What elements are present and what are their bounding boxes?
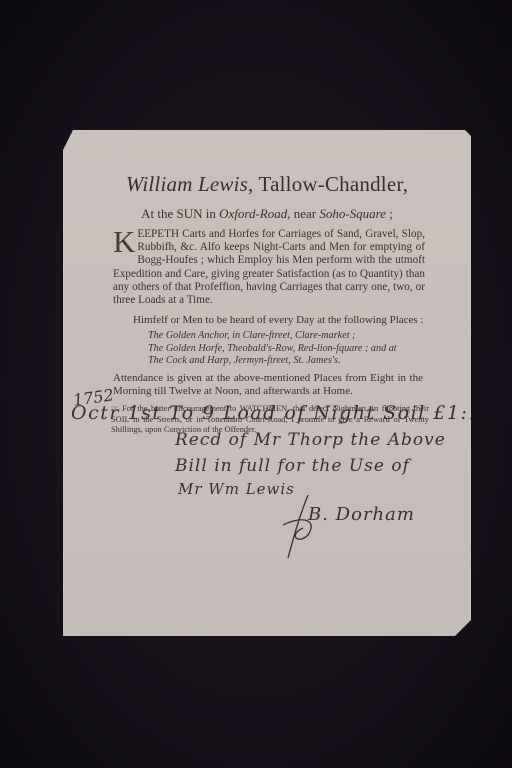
places-intro: Himfelf or Men to be heard of every Day …: [133, 314, 424, 326]
signature: B. Dorham: [308, 504, 415, 525]
subtitle-prefix: At the SUN in: [141, 206, 219, 221]
place-item: The Golden Horfe, Theobald's-Row, Red-li…: [148, 343, 397, 356]
place-item: The Cock and Harp, Jermyn-ftreet, St. Ja…: [148, 355, 397, 368]
subtitle-road: Oxford-Road: [219, 206, 287, 221]
subtitle-end: ;: [386, 206, 393, 221]
handwritten-entry: Octr 1st To 9 Load of Night Soil £1:16:0: [71, 402, 512, 424]
handbill-document: William Lewis, Tallow-Chandler, At the S…: [63, 130, 471, 636]
title-trade: , Tallow-Chandler,: [248, 172, 408, 196]
drop-cap: K: [113, 229, 135, 255]
attendance-paragraph: Attendance is given at the above-mention…: [113, 372, 423, 399]
document-subtitle: At the SUN in Oxford-Road, near Soho-Squ…: [63, 206, 471, 222]
title-name: William Lewis: [126, 172, 248, 196]
subtitle-mid: , near: [287, 206, 319, 221]
document-title: William Lewis, Tallow-Chandler,: [63, 172, 471, 197]
receipt-line-2: Bill in full for the Use of: [175, 456, 410, 476]
place-item: The Golden Anchor, in Clare-ftreet, Clar…: [148, 330, 397, 343]
places-list: The Golden Anchor, in Clare-ftreet, Clar…: [148, 330, 397, 368]
body-text: EEPETH Carts and Horfes for Carriages of…: [113, 228, 425, 306]
body-paragraph: KEEPETH Carts and Horfes for Carriages o…: [113, 228, 425, 307]
receipt-line-1: Recd of Mr Thorp the Above: [175, 430, 446, 450]
signature-flourish-icon: [278, 490, 338, 560]
subtitle-square: Soho-Square: [319, 206, 386, 221]
